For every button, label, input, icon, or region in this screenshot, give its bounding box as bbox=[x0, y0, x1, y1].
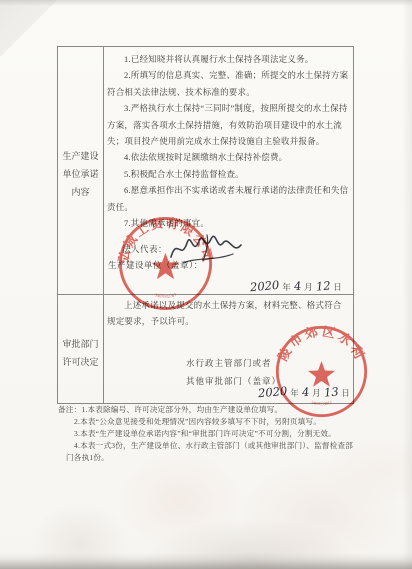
commitment-label-line: 单位承诺 bbox=[58, 165, 103, 183]
handwritten-year: 2020 bbox=[249, 278, 279, 294]
day-unit: 日 bbox=[333, 281, 342, 293]
commitment-row-label: 生产建设 单位承诺 内容 bbox=[58, 147, 103, 201]
scan-bottom-shadow bbox=[0, 553, 412, 569]
commitment-item: 5.积极配合水土保持监督检查。 bbox=[107, 166, 350, 182]
commitment-label-line: 生产建设 bbox=[58, 147, 103, 165]
note-line: 3.本表“生产建设单位承诺内容”和“审批部门许可决定”不可分割，分割无效。 bbox=[74, 428, 336, 440]
commitment-item: 1.已经知晓并将认真履行水土保持各项法定义务。 bbox=[107, 51, 350, 67]
note-line: 备注：1.本表除编号、许可决定部分外，均由生产建设单位填写。 bbox=[58, 404, 282, 416]
scan-right-shadow bbox=[402, 0, 412, 569]
approval-seal-stamp: 陵市郊区水利 3407033012 bbox=[274, 324, 369, 419]
note-line: 2.本表“公众意见接受和处理情况”因内容较多填写不下时，另附页填写。 bbox=[74, 416, 321, 428]
handwritten-day: 12 bbox=[315, 278, 331, 293]
handwritten-signature bbox=[163, 227, 247, 271]
year-unit: 年 bbox=[282, 281, 291, 293]
approval-label-line: 许可决定 bbox=[58, 353, 103, 371]
page-fold-shading bbox=[0, 0, 64, 64]
approval-seal-code: 3407033012 bbox=[310, 399, 332, 406]
commitment-date: 2020 年 4 月 12 日 bbox=[250, 279, 345, 293]
commitment-item: 6.愿意承担作出不实承诺或者未履行承诺的法律责任和失信责任。 bbox=[107, 182, 350, 215]
dept-line-1: 水行政主管部门或者 bbox=[186, 357, 272, 369]
note-line: 门各执1份。 bbox=[66, 452, 109, 464]
commitment-item: 4.依法依规按时足额缴纳水土保持补偿费。 bbox=[107, 149, 350, 165]
svg-text:3407032767: 3407032767 bbox=[154, 292, 177, 299]
svg-text:3407033012: 3407033012 bbox=[310, 399, 332, 406]
note-line: 4.本表一式3份，生产建设单位、水行政主管部门（或其他审批部门）、监督检查部 bbox=[74, 440, 353, 452]
approval-label-line: 审批部门 bbox=[58, 335, 103, 353]
commitment-item: 2.所填写的信息真实、完整、准确；所提交的水土保持方案符合相关法律法规、技术标准… bbox=[107, 67, 350, 100]
scan-top-shadow bbox=[0, 0, 412, 6]
commitment-items: 1.已经知晓并将认真履行水土保持各项法定义务。 2.所填写的信息真实、完整、准确… bbox=[107, 51, 350, 231]
table-column-divider bbox=[103, 47, 104, 403]
commitment-label-line: 内容 bbox=[58, 183, 103, 201]
handwritten-month: 4 bbox=[293, 279, 302, 294]
commitment-item: 3.严格执行水土保持“三同时”制度，按照所提交的水土保持方案，落实各项水土保持措… bbox=[107, 100, 350, 149]
scanned-form-page: 生产建设 单位承诺 内容 1.已经知晓并将认真履行水土保持各项法定义务。 2.所… bbox=[0, 0, 412, 569]
star-icon bbox=[308, 361, 335, 387]
approval-row-label: 审批部门 许可决定 bbox=[58, 335, 103, 371]
company-seal-code: 3407032767 bbox=[154, 292, 177, 299]
month-unit: 月 bbox=[304, 281, 313, 293]
